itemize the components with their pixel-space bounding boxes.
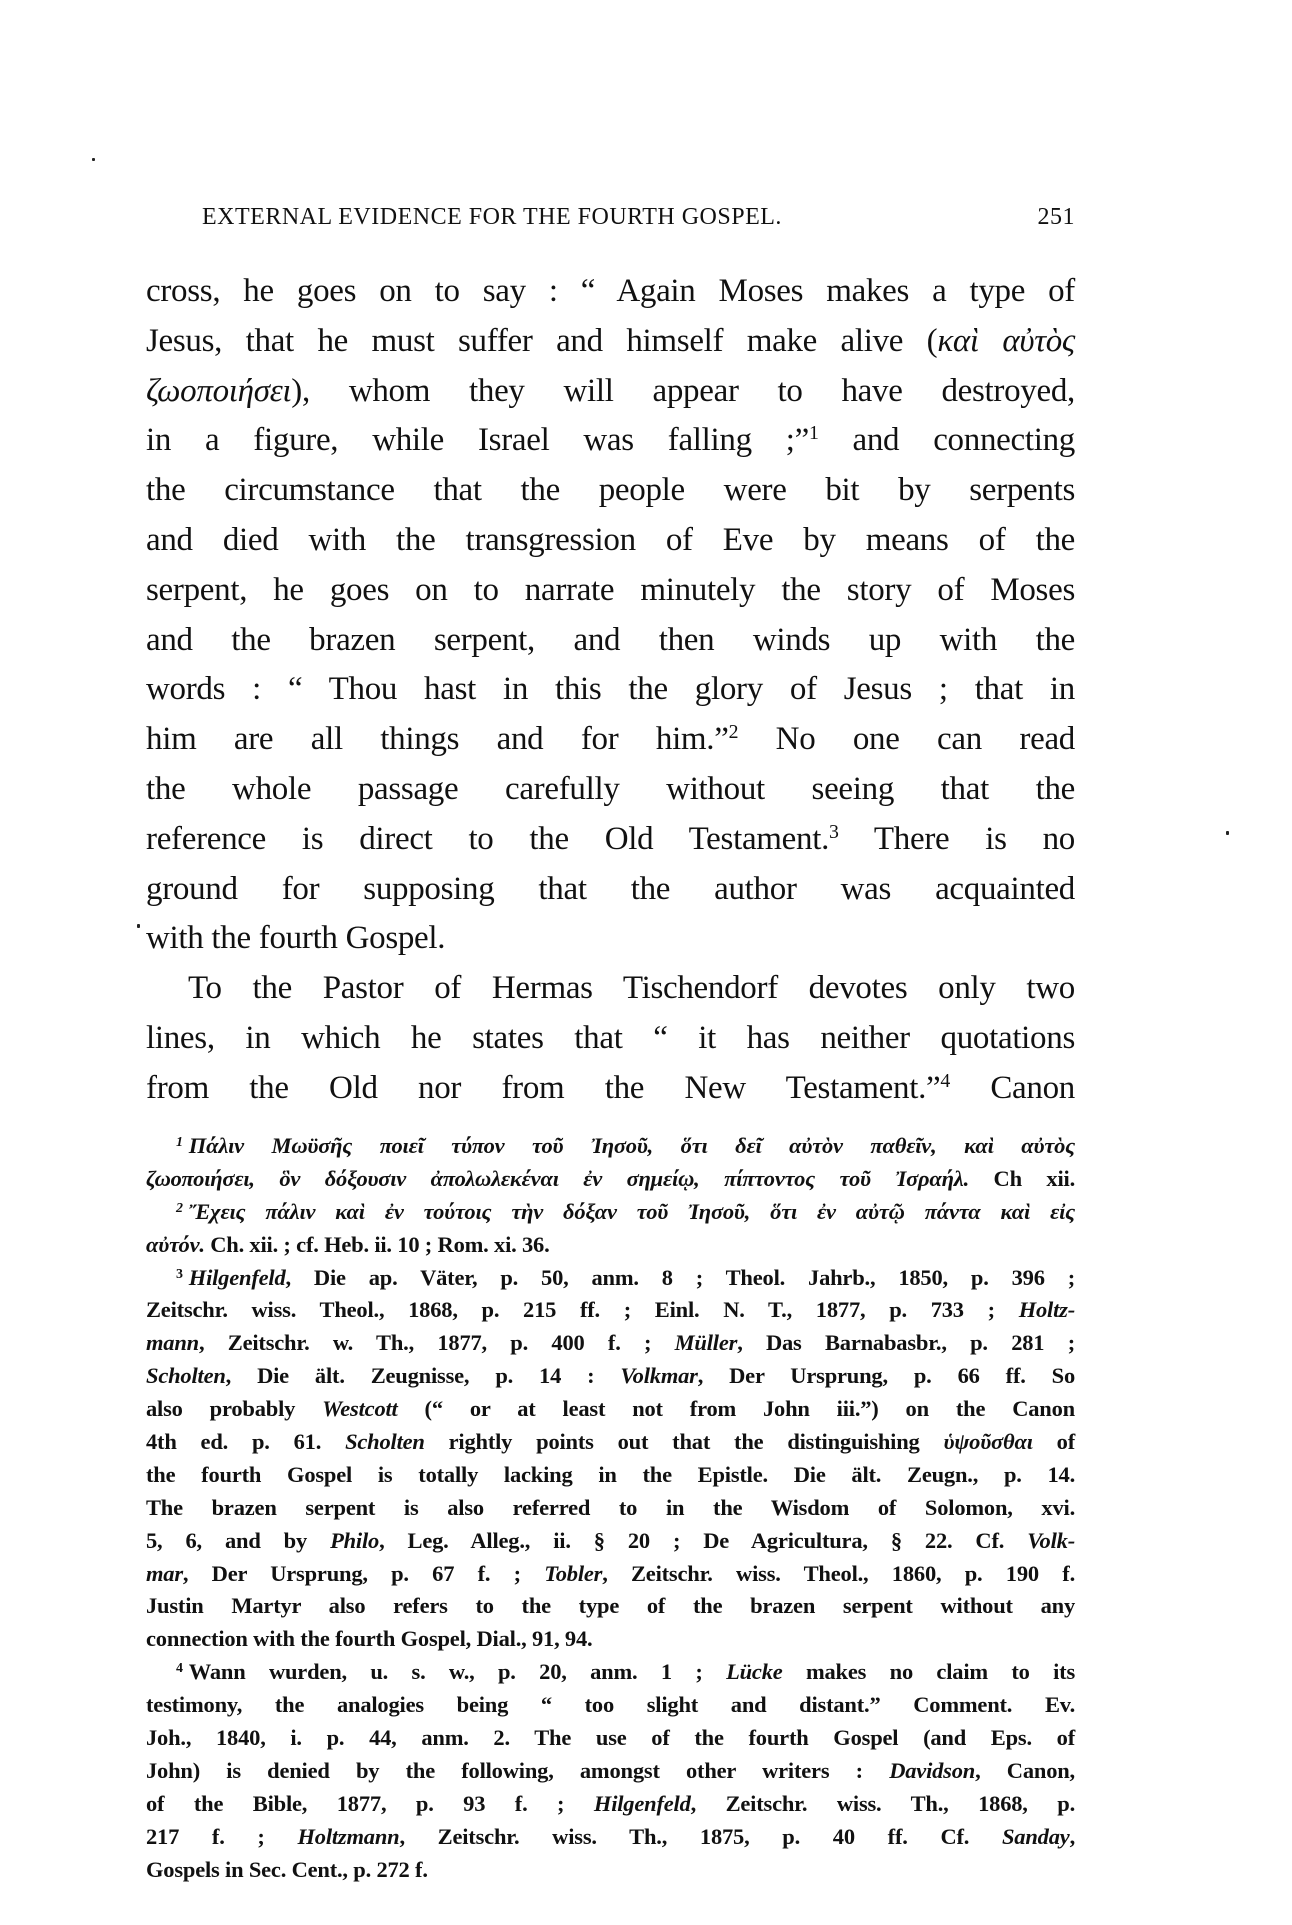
text-line: him are all things and for him.”2 No one… [146, 715, 1075, 765]
main-text: cross, he goes on to say : “ Again Moses… [146, 267, 1075, 1114]
text-span: also probably [146, 1396, 322, 1421]
greek-phrase: καὶ αὐτὸς [937, 323, 1075, 359]
running-head-title: EXTERNAL EVIDENCE FOR THE FOURTH GOSPEL. [202, 203, 782, 231]
greek-phrase: ὑψοῦσθαι [944, 1429, 1033, 1454]
text-line: 2Ἔχεις πάλιν καὶ ἐν τούτοις τὴν δόξαν το… [146, 1196, 1075, 1229]
footnote-1: 1Πάλιν Μωϋσῆς ποιεῖ τύπον τοῦ Ἰησοῦ, ὅτι… [146, 1130, 1075, 1196]
text-line: 217 f. ; Holtzmann, Zeitschr. wiss. Th.,… [146, 1821, 1075, 1854]
text-line: and the brazen serpent, and then winds u… [146, 616, 1075, 666]
author-name: Holtz- [1019, 1297, 1075, 1322]
text-line: connection with the fourth Gospel, Dial.… [146, 1623, 1075, 1656]
footnote-number: 2 [176, 1201, 183, 1216]
text-span: (“ or at least not from John iii.”) on t… [398, 1396, 1075, 1421]
text-span: 5, 6, and by [146, 1528, 330, 1553]
author-name: Holtzmann [297, 1824, 399, 1849]
text-line: mann, Zeitschr. w. Th., 1877, p. 400 f. … [146, 1327, 1075, 1360]
text-line: αὐτόν. Ch. xii. ; cf. Heb. ii. 10 ; Rom.… [146, 1229, 1075, 1262]
author-name: Philo [330, 1528, 379, 1553]
text-span: ), whom they will appear to have destroy… [291, 373, 1075, 409]
author-name: Scholten [146, 1363, 226, 1388]
text-line: Justin Martyr also refers to the type of… [146, 1590, 1075, 1623]
text-line: Joh., 1840, i. p. 44, anm. 2. The use of… [146, 1722, 1075, 1755]
text-span: , Die ält. Zeugnisse, p. 14 : [226, 1363, 621, 1388]
text-line: ζωοποιήσει), whom they will appear to ha… [146, 367, 1075, 417]
text-span: No one can read [738, 721, 1075, 757]
print-speck [1226, 831, 1229, 835]
text-span: Πάλιν Μωϋσῆς ποιεῖ τύπον τοῦ Ἰησοῦ, ὅτι … [189, 1133, 1075, 1158]
footnote-2: 2Ἔχεις πάλιν καὶ ἐν τούτοις τὴν δόξαν το… [146, 1196, 1075, 1262]
text-line: of the Bible, 1877, p. 93 f. ; Hilgenfel… [146, 1788, 1075, 1821]
text-line: lines, in which he states that “ it has … [146, 1014, 1075, 1064]
footnote-number: 4 [176, 1661, 183, 1676]
text-line: 3Hilgenfeld, Die ap. Väter, p. 50, anm. … [146, 1262, 1075, 1295]
running-head: EXTERNAL EVIDENCE FOR THE FOURTH GOSPEL.… [202, 203, 1075, 231]
page-number: 251 [1038, 203, 1076, 231]
author-name: mar [146, 1561, 183, 1586]
footnote-ref-1[interactable]: 1 [809, 423, 819, 445]
footnote-ref-4[interactable]: 4 [940, 1070, 950, 1092]
text-line: 5, 6, and by Philo, Leg. Alleg., ii. § 2… [146, 1525, 1075, 1558]
footnote-ref-2[interactable]: 2 [729, 721, 739, 743]
footnote-number: 3 [176, 1267, 183, 1282]
text-span: , Canon, [975, 1758, 1075, 1783]
text-span: , Zeitschr. w. Th., 1877, p. 400 f. ; [199, 1330, 675, 1355]
text-line: words : “ Thou hast in this the glory of… [146, 665, 1075, 715]
text-span: , Zeitschr. wiss. Th., 1875, p. 40 ff. C… [399, 1824, 1002, 1849]
text-line: mar, Der Ursprung, p. 67 f. ; Tobler, Ze… [146, 1558, 1075, 1591]
text-span: Wann wurden, u. s. w., p. 20, anm. 1 ; [189, 1659, 726, 1684]
paragraph-1: cross, he goes on to say : “ Again Moses… [146, 267, 1075, 964]
text-line: the fourth Gospel is totally lacking in … [146, 1459, 1075, 1492]
text-line: in a figure, while Israel was falling ;”… [146, 416, 1075, 466]
text-line: The brazen serpent is also referred to i… [146, 1492, 1075, 1525]
text-line: the whole passage carefully without seei… [146, 765, 1075, 815]
author-name: mann [146, 1330, 199, 1355]
author-name: Westcott [322, 1396, 397, 1421]
text-span: , Die ap. Väter, p. 50, anm. 8 ; Theol. … [286, 1265, 1075, 1290]
text-span: reference is direct to the Old Testament… [146, 821, 829, 857]
text-line: Scholten, Die ält. Zeugnisse, p. 14 : Vo… [146, 1360, 1075, 1393]
author-name: Volkmar [620, 1363, 697, 1388]
footnote-number: 1 [176, 1135, 183, 1150]
text-span: , Der Ursprung, p. 66 ff. So [698, 1363, 1075, 1388]
text-span: 4th ed. p. 61. [146, 1429, 345, 1454]
text-span: of [1033, 1429, 1075, 1454]
greek-phrase: αὐτόν. [146, 1232, 205, 1257]
text-line: serpent, he goes on to narrate minutely … [146, 566, 1075, 616]
text-span: of the Bible, 1877, p. 93 f. ; [146, 1791, 594, 1816]
author-name: Davidson [889, 1758, 975, 1783]
text-span: , [1070, 1824, 1075, 1849]
text-line: Zeitschr. wiss. Theol., 1868, p. 215 ff.… [146, 1294, 1075, 1327]
paragraph-2: To the Pastor of Hermas Tischendorf devo… [146, 964, 1075, 1113]
text-span: 217 f. ; [146, 1824, 297, 1849]
author-name: Hilgenfeld [189, 1265, 286, 1290]
author-name: Tobler [544, 1561, 602, 1586]
text-line: testimony, the analogies being “ too sli… [146, 1689, 1075, 1722]
text-span: Ch xii. [969, 1166, 1075, 1191]
footnote-3: 3Hilgenfeld, Die ap. Väter, p. 50, anm. … [146, 1262, 1075, 1657]
author-name: Lücke [726, 1659, 782, 1684]
text-span: and connecting [819, 422, 1075, 458]
text-span: , Das Barnabasbr., p. 281 ; [737, 1330, 1075, 1355]
text-line: cross, he goes on to say : “ Again Moses… [146, 267, 1075, 317]
book-page: EXTERNAL EVIDENCE FOR THE FOURTH GOSPEL.… [0, 0, 1292, 1925]
text-line: 4th ed. p. 61. Scholten rightly points o… [146, 1426, 1075, 1459]
footnotes: 1Πάλιν Μωϋσῆς ποιεῖ τύπον τοῦ Ἰησοῦ, ὅτι… [146, 1130, 1075, 1886]
author-name: Müller [675, 1330, 738, 1355]
text-span: Canon [950, 1070, 1075, 1106]
text-line: the circumstance that the people were bi… [146, 466, 1075, 516]
text-span: Ch. xii. ; cf. Heb. ii. 10 ; Rom. xi. 36… [205, 1232, 550, 1257]
text-line: ground for supposing that the author was… [146, 865, 1075, 915]
text-span: in a figure, while Israel was falling ;” [146, 422, 809, 458]
text-span: rightly points out that the distinguishi… [425, 1429, 944, 1454]
text-line: ζωοποιήσει, ὃν δόξουσιν ἀπολωλεκέναι ἐν … [146, 1163, 1075, 1196]
text-line: and died with the transgression of Eve b… [146, 516, 1075, 566]
text-line: 1Πάλιν Μωϋσῆς ποιεῖ τύπον τοῦ Ἰησοῦ, ὅτι… [146, 1130, 1075, 1163]
footnote-4: 4Wann wurden, u. s. w., p. 20, anm. 1 ; … [146, 1656, 1075, 1886]
text-span: Ἔχεις πάλιν καὶ ἐν τούτοις τὴν δόξαν τοῦ… [189, 1199, 1075, 1224]
text-span: , Zeitschr. wiss. Th., 1868, p. [691, 1791, 1075, 1816]
greek-phrase: ζωοποιήσει, ὃν δόξουσιν ἀπολωλεκέναι ἐν … [146, 1166, 969, 1191]
text-line: To the Pastor of Hermas Tischendorf devo… [146, 964, 1075, 1014]
text-line: with the fourth Gospel. [146, 914, 1075, 964]
text-line: reference is direct to the Old Testament… [146, 815, 1075, 865]
text-line: Jesus, that he must suffer and himself m… [146, 317, 1075, 367]
author-name: Hilgenfeld [594, 1791, 691, 1816]
text-span: , Der Ursprung, p. 67 f. ; [183, 1561, 544, 1586]
text-line: also probably Westcott (“ or at least no… [146, 1393, 1075, 1426]
text-span: makes no claim to its [783, 1659, 1075, 1684]
text-line: Gospels in Sec. Cent., p. 272 f. [146, 1854, 1075, 1887]
print-speck [137, 924, 140, 928]
text-span: him are all things and for him.” [146, 721, 729, 757]
text-line: 4Wann wurden, u. s. w., p. 20, anm. 1 ; … [146, 1656, 1075, 1689]
text-line: John) is denied by the following, amongs… [146, 1755, 1075, 1788]
print-speck [92, 158, 95, 161]
footnote-ref-3[interactable]: 3 [829, 821, 839, 843]
text-span: from the Old nor from the New Testament.… [146, 1070, 940, 1106]
text-span: John) is denied by the following, amongs… [146, 1758, 889, 1783]
author-name: Sanday [1002, 1824, 1070, 1849]
text-span: There is no [839, 821, 1075, 857]
text-span: Zeitschr. wiss. Theol., 1868, p. 215 ff.… [146, 1297, 1019, 1322]
author-name: Scholten [345, 1429, 425, 1454]
greek-phrase: ζωοποιήσει [146, 373, 291, 409]
text-span: , Leg. Alleg., ii. § 20 ; De Agricultura… [379, 1528, 1027, 1553]
text-span: Jesus, that he must suffer and himself m… [146, 323, 937, 359]
text-span: , Zeitschr. wiss. Theol., 1860, p. 190 f… [602, 1561, 1075, 1586]
author-name: Volk- [1027, 1528, 1075, 1553]
text-line: from the Old nor from the New Testament.… [146, 1064, 1075, 1114]
